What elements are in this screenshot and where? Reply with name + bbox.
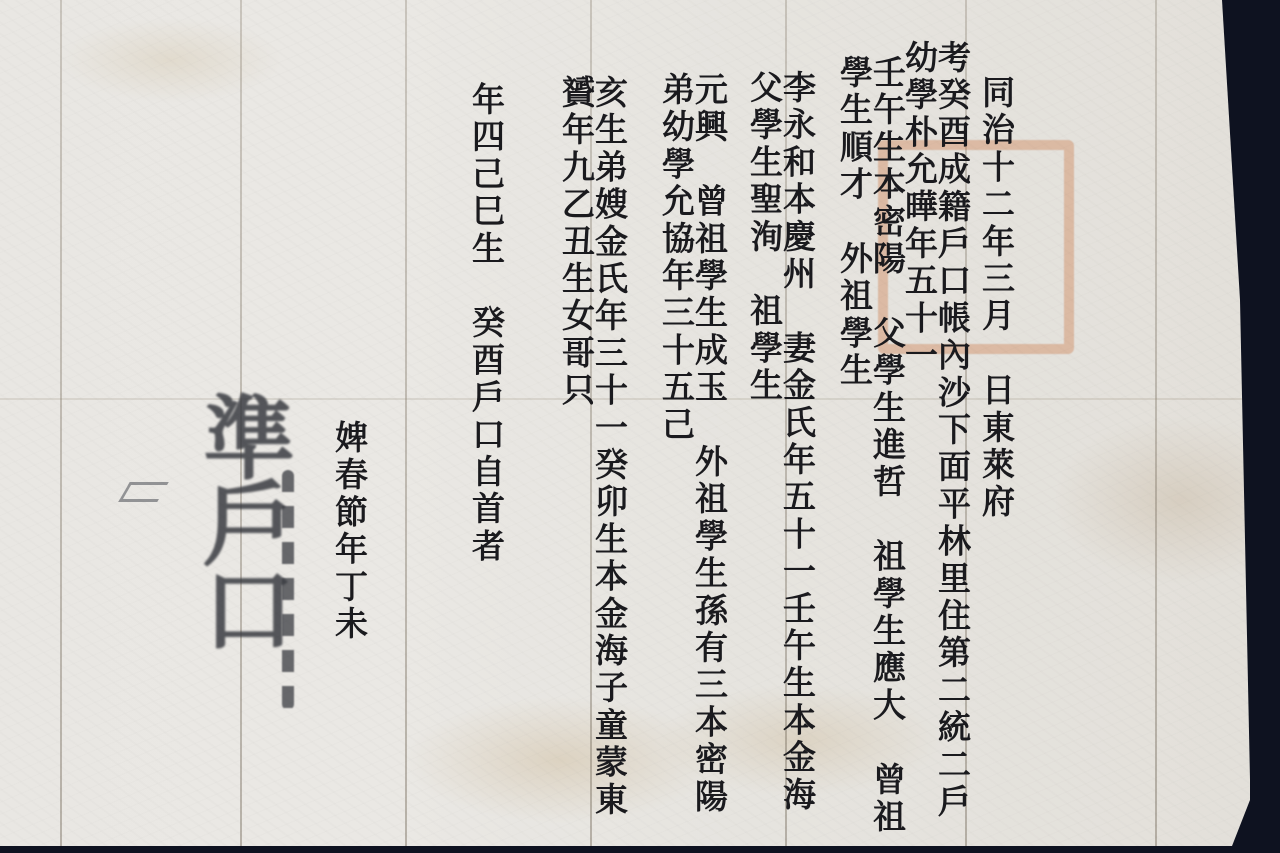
text-column-4: 元興 曾祖學生成玉 外祖學生孫有三本密陽 弟幼學允協年三十五己 bbox=[660, 72, 726, 846]
fold-line bbox=[1155, 0, 1157, 846]
servant-column: 婢春節年丁未 bbox=[333, 420, 366, 643]
text-column-3: 李永和本慶州 妻金氏年五十一壬午生本金海父學生聖洵 祖學生 bbox=[748, 70, 814, 846]
signature-stroke bbox=[282, 470, 294, 710]
document-paper: 同治十二年三月 日東萊府 考癸酉成籍戶口帳內沙下面平林里住第二統二戶幼學朴允曄年… bbox=[0, 0, 1250, 846]
fold-line bbox=[590, 0, 592, 846]
date-column: 同治十二年三月 日東萊府 bbox=[980, 75, 1013, 521]
crease-line bbox=[0, 398, 1250, 400]
background-strip bbox=[0, 846, 1280, 853]
signature-tick-mark bbox=[118, 482, 169, 502]
fold-line bbox=[60, 0, 62, 846]
official-seal bbox=[878, 140, 1074, 354]
signature-brush-mark: 準戶口 bbox=[196, 390, 288, 648]
text-column-2: 壬午生本密陽 父學生進哲 祖學生應大 曾祖學生順才 外祖學生 bbox=[838, 55, 904, 846]
fold-line bbox=[405, 0, 407, 846]
text-column-5: 亥生弟嫂金氏年三十一癸卯生本金海子童蒙東贇年九乙丑生女哥只 bbox=[560, 75, 626, 846]
fold-line bbox=[240, 0, 242, 846]
text-column-6: 年四己巳生 癸酉戶口自首者 bbox=[470, 82, 503, 566]
fold-line bbox=[785, 0, 787, 846]
text-column-1: 考癸酉成籍戶口帳內沙下面平林里住第二統二戶幼學朴允曄年五十一 bbox=[903, 40, 969, 846]
fold-line bbox=[965, 0, 967, 846]
